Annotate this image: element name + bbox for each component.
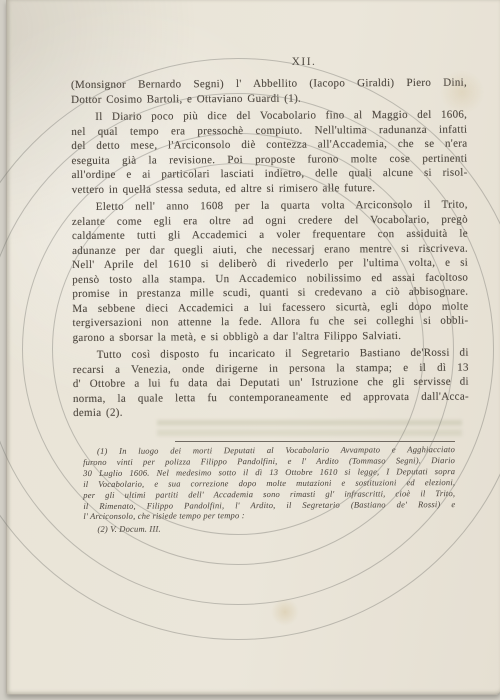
paragraph: Il Diario poco più dice del Vocabolario … — [71, 108, 468, 197]
footnote-separator-rule — [175, 441, 455, 442]
text-line: vettero in quella stessa seduta, ed altr… — [72, 180, 468, 197]
text-line: Dottor Cosimo Bartoli, e Ottaviano Guard… — [71, 90, 467, 107]
paragraph: (2) V. Docum. III. — [83, 522, 455, 535]
book-page: XII. (Monsignor Bernardo Segni) l' Abbel… — [6, 0, 500, 695]
text-line: l' Arciconsolo, che risiede tempo per te… — [83, 509, 455, 522]
text-line: norma, la quale letta fu contemporaneame… — [73, 389, 469, 406]
text-line: (2) V. Docum. III. — [83, 522, 455, 535]
text-line: (Monsignor Bernardo Segni) l' Abbellito … — [71, 76, 467, 93]
text-line: garono a sborsar la metà, e si obbligò a… — [73, 328, 469, 345]
paragraph: Tutto così disposto fu incaricato il Seg… — [73, 346, 469, 421]
text-line: demia (2). — [73, 404, 469, 421]
paragraph: (1) In luogo dei morti Deputati al Vocab… — [83, 444, 455, 522]
paragraph: Eletto nell' anno 1608 per la quarta vol… — [72, 198, 469, 345]
page-number: XII. — [106, 56, 500, 68]
footnotes-block: (1) In luogo dei morti Deputati al Vocab… — [83, 444, 455, 535]
ink-showthrough-smudge — [157, 420, 462, 436]
text-line: all'ordine e ai particolari lasciati ind… — [72, 166, 468, 183]
main-text-block: (Monsignor Bernardo Segni) l' Abbellito … — [71, 76, 469, 421]
text-line: tergiversazioni non attenne la fede. All… — [72, 314, 468, 331]
book-page-photo: XII. (Monsignor Bernardo Segni) l' Abbel… — [0, 0, 500, 700]
paragraph: (Monsignor Bernardo Segni) l' Abbellito … — [71, 76, 467, 107]
